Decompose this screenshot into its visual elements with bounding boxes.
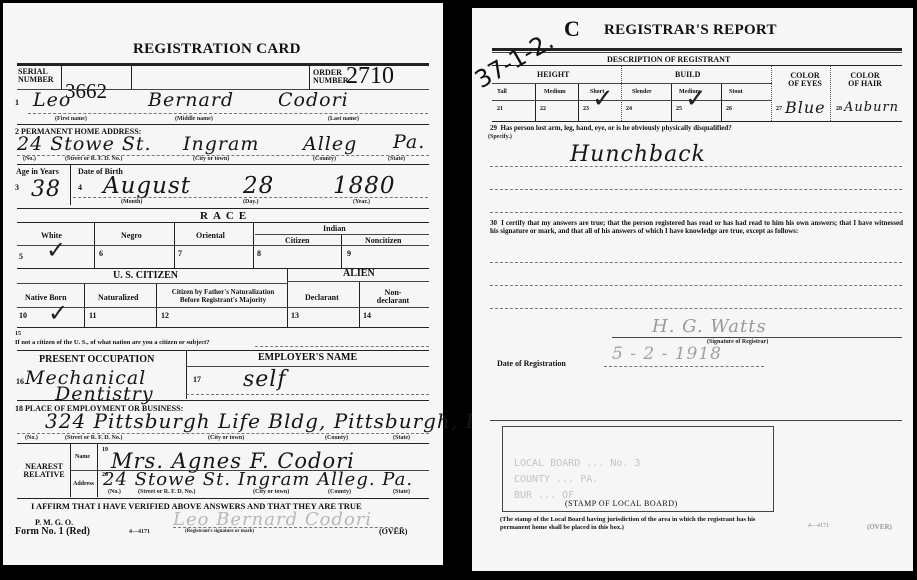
caption: (First name): [55, 116, 87, 122]
citizen-column-naturalized: Naturalized: [98, 294, 138, 302]
divider: [17, 400, 429, 401]
field-number: 15: [15, 331, 21, 337]
divider: [17, 433, 429, 434]
race-indian-heading: Indian: [323, 225, 346, 233]
divider: [73, 197, 428, 198]
divider: [17, 222, 429, 223]
divider: [490, 166, 902, 167]
divider: [186, 366, 429, 367]
relative-address: 24 Stowe St. Ingram Alleg. Pa.: [103, 469, 413, 490]
stamp-line2: COUNTY ... PA.: [514, 474, 598, 485]
divider: [28, 113, 428, 114]
field-number: 12: [161, 311, 169, 320]
divider: [156, 284, 157, 327]
serial-number-label: SERIAL NUMBER: [18, 68, 58, 84]
race-white-checkbox[interactable]: ✓: [46, 236, 66, 264]
divider: [490, 212, 902, 213]
caption: (County): [313, 156, 336, 162]
divider: [490, 420, 902, 421]
caption: (State): [388, 156, 405, 162]
divider: [287, 281, 429, 282]
divider: [70, 165, 71, 205]
age-label: Age in Years: [16, 168, 59, 176]
divider: [17, 208, 429, 209]
divider: [17, 283, 287, 284]
field-number: 27: [776, 106, 782, 112]
field-number: 21: [497, 106, 503, 112]
birth-day: 28: [243, 173, 274, 199]
form-id-line2: Form No. 1 (Red): [15, 527, 90, 537]
field-number: 22: [540, 106, 546, 112]
height-column-medium: Medium: [544, 88, 566, 96]
field-number: 4: [78, 183, 82, 192]
caption: (Street or R. F. D. No.): [138, 489, 195, 495]
divider: [535, 84, 536, 121]
divider: [490, 189, 902, 190]
divider: [830, 66, 831, 121]
divider: [17, 327, 429, 328]
divider: [490, 285, 902, 286]
alien-heading: ALIEN: [343, 269, 375, 279]
divider: [61, 65, 62, 89]
occupation-line2: Dentistry: [55, 383, 154, 405]
registrar-signature: H. G. Watts: [652, 316, 767, 337]
home-street: 24 Stowe St.: [17, 133, 152, 155]
divider: [671, 84, 672, 121]
race-column-indian-noncitizen: Noncitizen: [365, 237, 401, 245]
divider: [17, 443, 429, 444]
divider: [173, 527, 403, 528]
print-code: 4—4171: [808, 523, 829, 529]
field-number: 24: [626, 106, 632, 112]
home-state: Pa.: [393, 131, 425, 153]
home-county: Alleg: [303, 133, 357, 155]
over-label: (OVER): [867, 523, 892, 531]
relative-address-label: Address: [73, 480, 94, 488]
height-column-tall: Tall: [497, 88, 507, 96]
certification-body: I certify that my answers are true; that…: [490, 219, 903, 235]
height-heading: HEIGHT: [537, 71, 569, 79]
divider: [490, 308, 902, 309]
registration-date: 5 - 2 - 1918: [612, 344, 722, 364]
signature-caption: (Registrant's signature or mark): [185, 529, 254, 534]
divider: [17, 124, 429, 125]
native-born-checkbox[interactable]: ✓: [48, 299, 68, 327]
caption: (No.): [25, 435, 38, 441]
caption: (State): [393, 489, 410, 495]
stamp-caption: (STAMP OF LOCAL BOARD): [565, 500, 678, 508]
caption: (Month): [121, 199, 142, 205]
employer-heading: EMPLOYER'S NAME: [258, 353, 357, 363]
caption: (County): [328, 489, 351, 495]
us-citizen-heading: U. S. CITIZEN: [113, 271, 178, 281]
field-number: 7: [178, 249, 182, 258]
divider: [604, 366, 764, 367]
divider: [492, 83, 772, 84]
divider: [721, 84, 722, 121]
nation-question: If not a citizen of the U. S., of what n…: [15, 339, 210, 347]
registrars-report-title: REGISTRAR'S REPORT: [604, 22, 777, 39]
field-number: 17: [193, 375, 201, 384]
disability-question-text: Has person lost arm, leg, hand, eye, or …: [501, 124, 732, 132]
divider: [621, 66, 622, 121]
divider: [255, 346, 429, 347]
divider: [17, 164, 429, 165]
birth-year: 1880: [333, 173, 396, 199]
field-number: 6: [99, 249, 103, 258]
divider: [17, 350, 429, 351]
nearest-relative-heading: NEAREST RELATIVE: [19, 463, 69, 479]
field-number: 3: [15, 183, 19, 192]
divider: [492, 65, 902, 66]
divider: [253, 223, 254, 268]
divider: [186, 394, 429, 395]
caption: (City or town): [193, 156, 229, 162]
specify-label: (Specify.): [488, 134, 512, 140]
birth-month: August: [103, 173, 191, 199]
divider: [17, 245, 429, 246]
build-medium-checkbox[interactable]: ✓: [685, 84, 707, 114]
disability-value: Hunchback: [570, 142, 706, 167]
divider: [771, 66, 772, 121]
field-number: 9: [347, 249, 351, 258]
divider: [578, 84, 579, 121]
caption: (Street or R. F. D. No.): [65, 156, 122, 162]
field-number: 13: [291, 311, 299, 320]
relative-name-label: Name: [75, 453, 90, 461]
divider: [94, 223, 95, 268]
caption: (Last name): [328, 116, 359, 122]
race-column-indian-citizen: Citizen: [285, 237, 309, 245]
divider: [17, 498, 429, 499]
card-title: REGISTRATION CARD: [133, 41, 301, 58]
hair-color: Auburn: [844, 100, 899, 115]
field-number: 16: [16, 377, 24, 386]
field-number: 25: [676, 106, 682, 112]
stamp-note: (The stamp of the Local Board having jur…: [500, 516, 780, 531]
employer-name: self: [243, 367, 287, 392]
field-number: 5: [19, 252, 23, 261]
race-column-negro: Negro: [121, 232, 142, 240]
eye-color: Blue: [785, 98, 826, 117]
eyes-heading: COLOR OF EYES: [785, 72, 825, 88]
caption: (No.): [108, 489, 121, 495]
alien-column-nondeclarant: Non-declarant: [373, 289, 413, 305]
field-number: 11: [89, 311, 97, 320]
divider: [341, 235, 342, 268]
divider: [84, 284, 85, 327]
middle-name: Bernard: [148, 89, 234, 111]
hair-heading: COLOR OF HAIR: [845, 72, 885, 88]
last-name: Codori: [278, 89, 349, 111]
caption: (Day.): [243, 199, 259, 205]
first-name: Leo: [33, 89, 71, 111]
field-number: 10: [19, 311, 27, 320]
caption: (City or town): [253, 489, 289, 495]
divider: [287, 269, 288, 327]
field-number: 29: [490, 124, 497, 132]
description-heading: DESCRIPTION OF REGISTRANT: [607, 56, 730, 64]
divider: [186, 351, 187, 399]
field-number: 28: [836, 106, 842, 112]
alien-column-declarant: Declarant: [305, 294, 339, 302]
divider: [490, 262, 902, 263]
height-short-checkbox[interactable]: ✓: [592, 84, 614, 114]
registration-card-back: C REGISTRAR'S REPORT DESCRIPTION OF REGI…: [472, 8, 913, 571]
caption: (County): [325, 435, 348, 441]
letter-mark: C: [564, 16, 580, 42]
citizen-column-fathers-naturalization: Citizen by Father's Naturalization Befor…: [163, 288, 283, 304]
field-number: 8: [257, 249, 261, 258]
race-column-oriental: Oriental: [196, 232, 225, 240]
divider: [492, 100, 772, 101]
print-code: 4—4171: [129, 529, 150, 535]
caption: (City or town): [208, 435, 244, 441]
field-number: 23: [583, 106, 589, 112]
caption: (Street or R. F. D. No.): [65, 435, 122, 441]
divider: [492, 121, 902, 122]
divider: [17, 307, 429, 308]
divider: [255, 234, 429, 235]
registration-card-front: REGISTRATION CARD SERIAL NUMBER ORDER NU…: [3, 3, 443, 565]
divider: [174, 223, 175, 268]
age-value: 38: [31, 177, 61, 202]
occupation-heading: PRESENT OCCUPATION: [39, 355, 154, 365]
divider: [359, 282, 360, 327]
certification-text: 30 I certify that my answers are true; t…: [490, 219, 903, 235]
field-number: 30: [490, 219, 497, 227]
registration-date-label: Date of Registration: [497, 360, 566, 368]
field-number: 26: [726, 106, 732, 112]
field-number: 19: [102, 447, 108, 453]
caption: (Year.): [353, 199, 370, 205]
build-column-stout: Stout: [729, 88, 743, 96]
build-column-slender: Slender: [632, 88, 652, 96]
caption: (State): [393, 435, 410, 441]
caption: (Middle name): [175, 116, 213, 122]
order-number: 2710: [346, 63, 394, 90]
divider: [131, 65, 132, 89]
divider: [309, 65, 310, 89]
disability-question: 29 Has person lost arm, leg, hand, eye, …: [490, 124, 732, 133]
race-heading: RACE: [200, 211, 251, 222]
home-city: Ingram: [183, 133, 259, 155]
over-label: (OVER): [379, 528, 407, 536]
stamp-line1: LOCAL BOARD ... No. 3: [514, 458, 640, 469]
divider: [612, 337, 902, 338]
field-number: 14: [363, 311, 371, 320]
employment-place-value: 324 Pittsburgh Life Bldg, Pittsburgh, Pa…: [45, 409, 499, 433]
caption: (No.): [23, 156, 36, 162]
field-number: 1: [15, 98, 19, 107]
build-heading: BUILD: [675, 71, 700, 79]
